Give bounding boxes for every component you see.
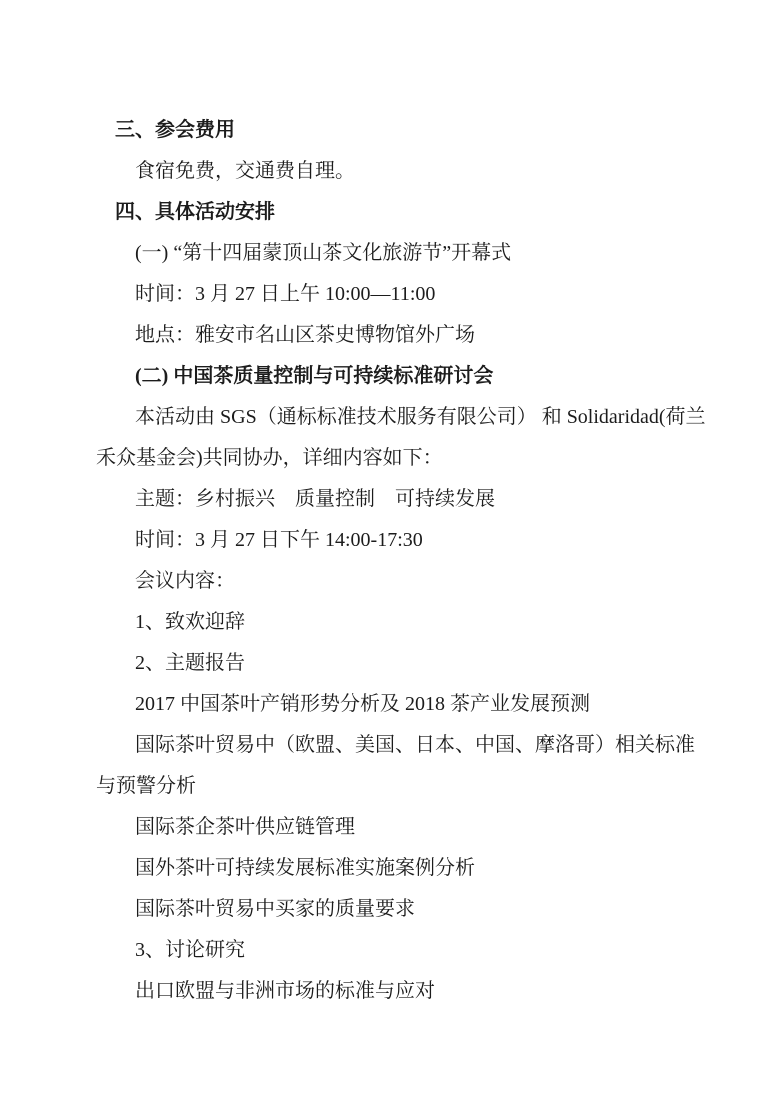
document-body: 三、参会费用 食宿免费，交通费自理。 四、具体活动安排 (一) “第十四届蒙顶山… [96, 110, 702, 1012]
doc-line-report-topic: 国外茶叶可持续发展标准实施案例分析 [96, 848, 702, 889]
doc-line: 本活动由 SGS（通标标准技术服务有限公司） 和 Solidaridad(荷兰 [96, 397, 702, 438]
doc-line-time: 时间：3 月 27 日上午 10:00—11:00 [96, 274, 702, 315]
doc-line-report-topic: 国际茶叶贸易中（欧盟、美国、日本、中国、摩洛哥）相关标准 [96, 725, 702, 766]
doc-line-agenda-item: 2、主题报告 [96, 643, 702, 684]
subsection-heading-seminar: (二) 中国茶质量控制与可持续标准研讨会 [96, 356, 702, 397]
doc-line-agenda-item: 3、讨论研究 [96, 930, 702, 971]
section-heading-activity-schedule: 四、具体活动安排 [96, 192, 702, 233]
doc-line-agenda-label: 会议内容： [96, 561, 702, 602]
doc-line-agenda-item: 1、致欢迎辞 [96, 602, 702, 643]
doc-line-report-topic: 国际茶企茶叶供应链管理 [96, 807, 702, 848]
doc-line: 食宿免费，交通费自理。 [96, 151, 702, 192]
doc-line-report-topic: 2017 中国茶叶产销形势分析及 2018 茶产业发展预测 [96, 684, 702, 725]
doc-line-theme: 主题：乡村振兴 质量控制 可持续发展 [96, 479, 702, 520]
doc-line: 禾众基金会)共同协办，详细内容如下： [96, 438, 702, 479]
doc-line-time: 时间：3 月 27 日下午 14:00-17:30 [96, 520, 702, 561]
doc-line-report-topic: 与预警分析 [96, 766, 702, 807]
doc-line-location: 地点：雅安市名山区茶史博物馆外广场 [96, 315, 702, 356]
section-heading-participation-fee: 三、参会费用 [96, 110, 702, 151]
doc-line-report-topic: 国际茶叶贸易中买家的质量要求 [96, 889, 702, 930]
subsection-heading-opening-ceremony: (一) “第十四届蒙顶山茶文化旅游节”开幕式 [96, 233, 702, 274]
document-page: 三、参会费用 食宿免费，交通费自理。 四、具体活动安排 (一) “第十四届蒙顶山… [0, 0, 780, 1102]
doc-line-discussion-topic: 出口欧盟与非洲市场的标准与应对 [96, 971, 702, 1012]
